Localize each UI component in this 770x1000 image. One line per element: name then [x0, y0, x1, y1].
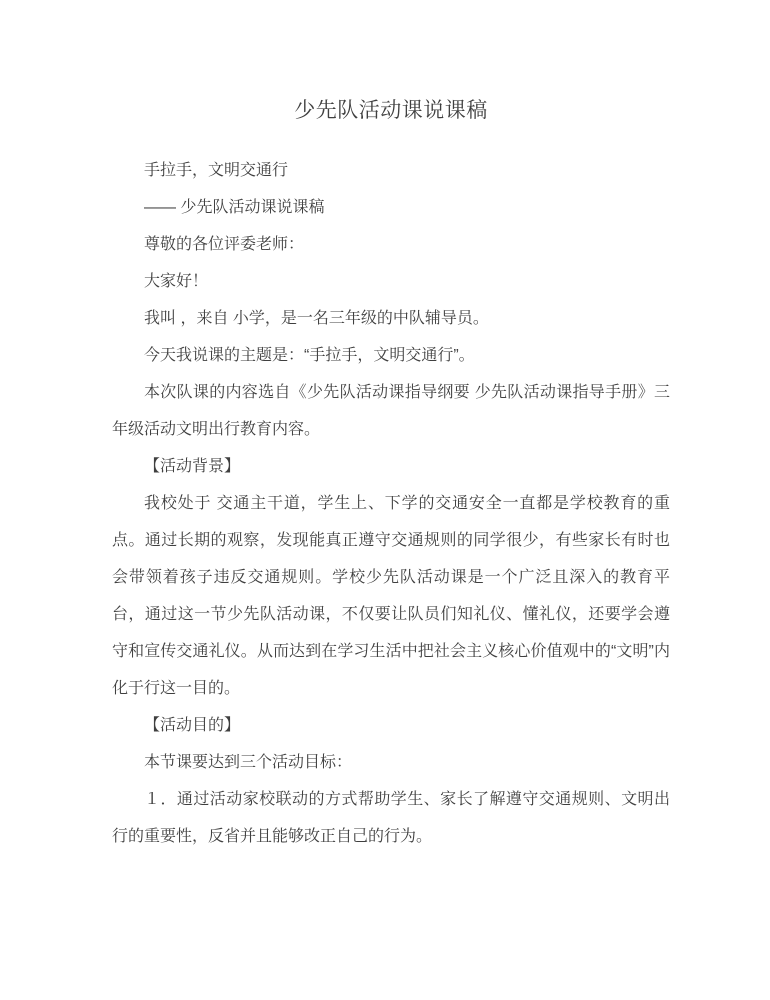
paragraph: 本次队课的内容选自《少先队活动课指导纲要 少先队活动课指导手册》三年级活动文明出…	[112, 374, 670, 448]
document-title: 少先队活动课说课稿	[112, 96, 670, 126]
paragraph: 尊敬的各位评委老师：	[112, 226, 670, 263]
document-page: 少先队活动课说课稿 手拉手，文明交通行—— 少先队活动课说课稿尊敬的各位评委老师…	[0, 0, 770, 1000]
paragraph: 本节课要达到三个活动目标：	[112, 744, 670, 781]
paragraph: 【活动目的】	[112, 707, 670, 744]
paragraph: —— 少先队活动课说课稿	[112, 189, 670, 226]
paragraph: 【活动背景】	[112, 448, 670, 485]
paragraph: 手拉手，文明交通行	[112, 152, 670, 189]
paragraph: 大家好！	[112, 263, 670, 300]
document-body: 手拉手，文明交通行—— 少先队活动课说课稿尊敬的各位评委老师：大家好！我叫 ，来…	[112, 152, 670, 855]
document-content: 少先队活动课说课稿 手拉手，文明交通行—— 少先队活动课说课稿尊敬的各位评委老师…	[0, 0, 770, 855]
paragraph: 今天我说课的主题是：“手拉手，文明交通行”。	[112, 337, 670, 374]
paragraph: １．通过活动家校联动的方式帮助学生、家长了解遵守交通规则、文明出行的重要性，反省…	[112, 781, 670, 855]
paragraph: 我叫 ，来自 小学，是一名三年级的中队辅导员。	[112, 300, 670, 337]
paragraph: 我校处于 交通主干道，学生上、下学的交通安全一直都是学校教育的重点。通过长期的观…	[112, 485, 670, 707]
